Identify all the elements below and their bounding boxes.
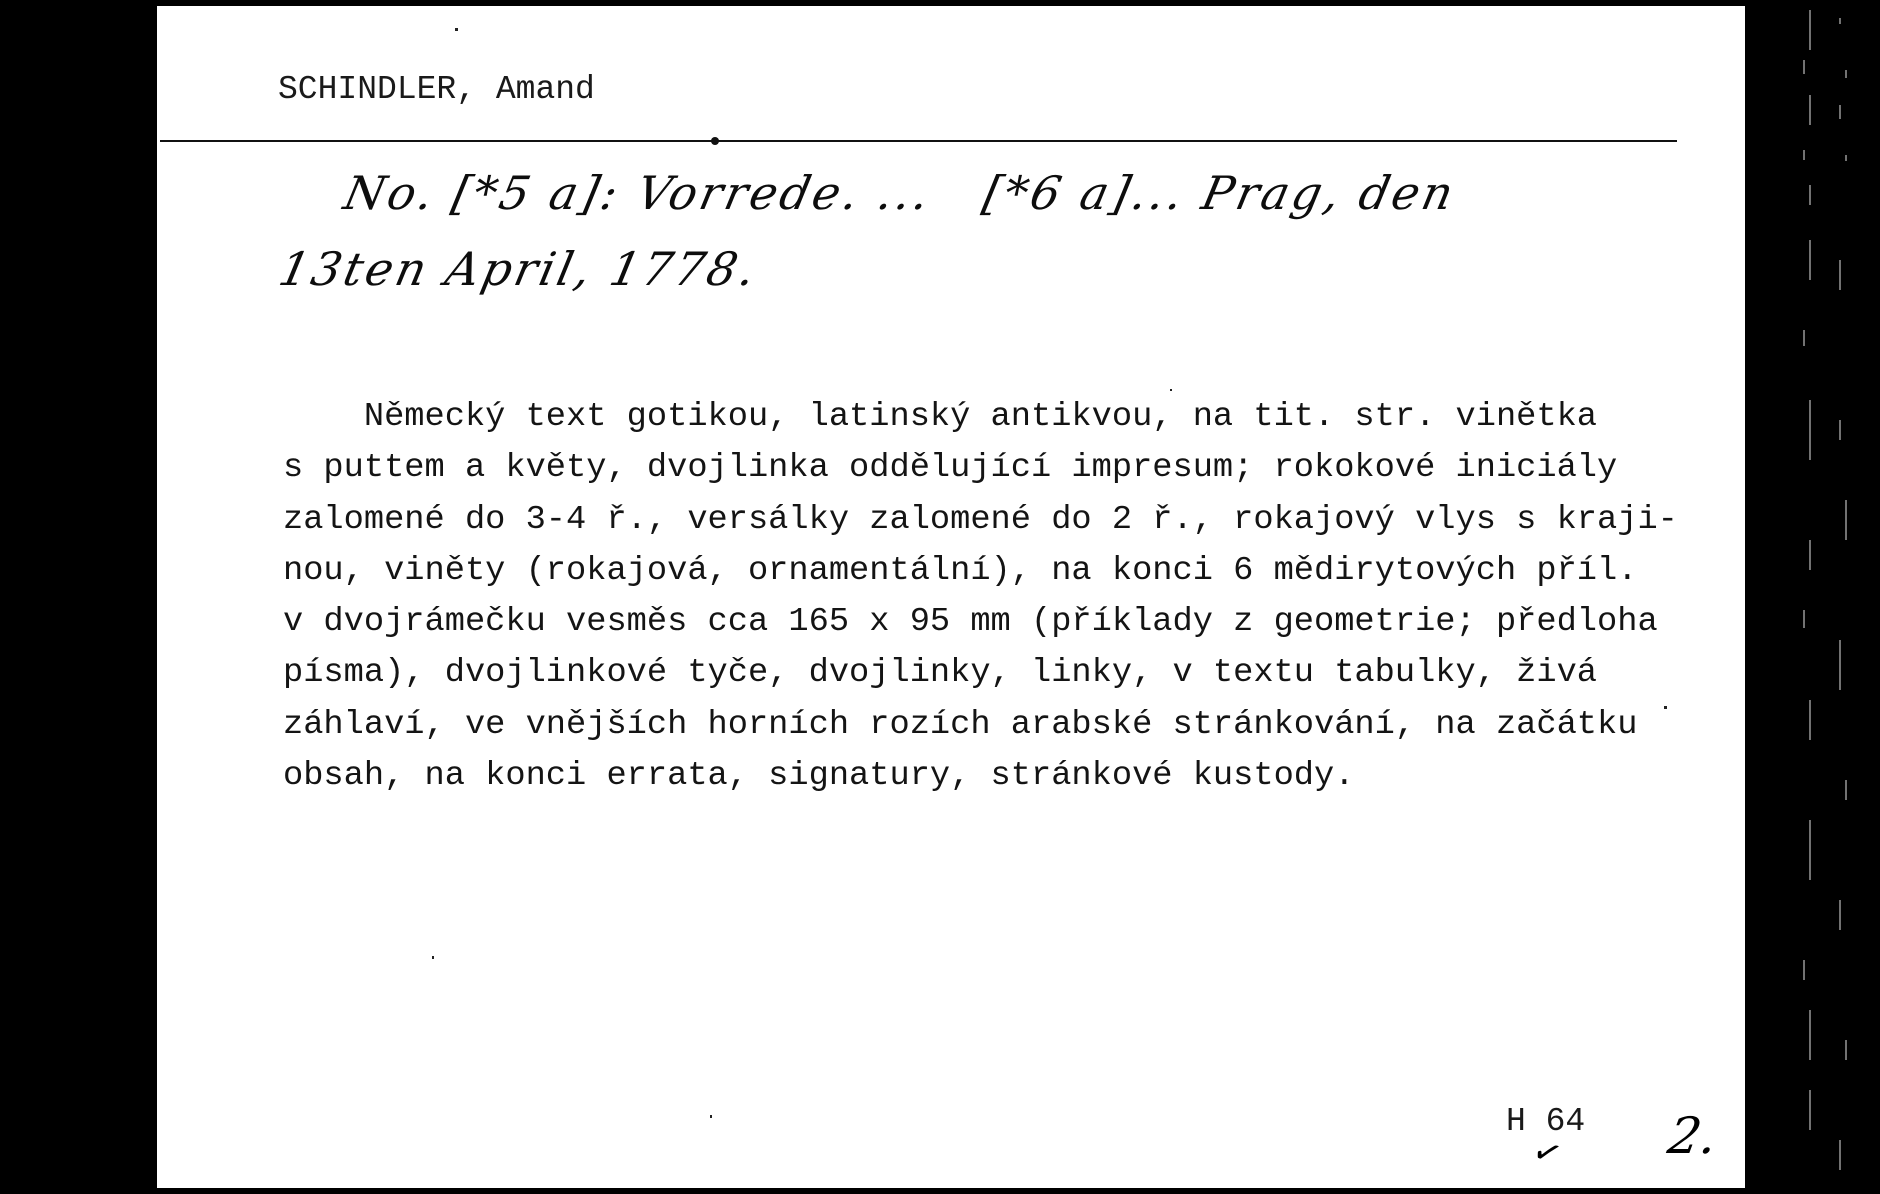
- divider-mark: [711, 137, 719, 145]
- scan-speck: [1170, 389, 1172, 391]
- description-line: písma), dvojlinkové tyče, dvojlinky, lin…: [283, 648, 1763, 699]
- description-line: nou, viněty (rokajová, ornamentální), na…: [283, 546, 1763, 597]
- scanner-margin: [1745, 0, 1880, 1194]
- typographic-description: Německý text gotikou, latinský antikvou,…: [283, 392, 1763, 802]
- description-line: obsah, na konci errata, signatury, strán…: [283, 751, 1763, 802]
- scan-speck: [432, 956, 434, 959]
- description-line: záhlaví, ve vnějších horních rozích arab…: [283, 700, 1763, 751]
- handwritten-transcription-line-2: 13ten April, 1778.: [274, 242, 763, 296]
- scan-speck: [455, 28, 458, 31]
- description-line: zalomené do 3-4 ř., versálky zalomené do…: [283, 495, 1763, 546]
- description-line: s puttem a květy, dvojlinka oddělující i…: [283, 443, 1763, 494]
- description-line: Německý text gotikou, latinský antikvou,…: [283, 392, 1763, 443]
- scan-speck: [710, 1115, 712, 1118]
- catalog-card: SCHINDLER, Amand No. [*5 a]: Vorrede. ..…: [157, 6, 1745, 1188]
- header-divider: [160, 140, 1677, 142]
- scan-speck: [1664, 706, 1667, 709]
- description-line: v dvojrámečku vesměs cca 165 x 95 mm (př…: [283, 597, 1763, 648]
- author-heading: SCHINDLER, Amand: [278, 70, 595, 110]
- card-number: 2.: [1664, 1108, 1722, 1164]
- handwritten-transcription-line-1: No. [*5 a]: Vorrede. ... [*6 a]... Prag,…: [339, 166, 1461, 220]
